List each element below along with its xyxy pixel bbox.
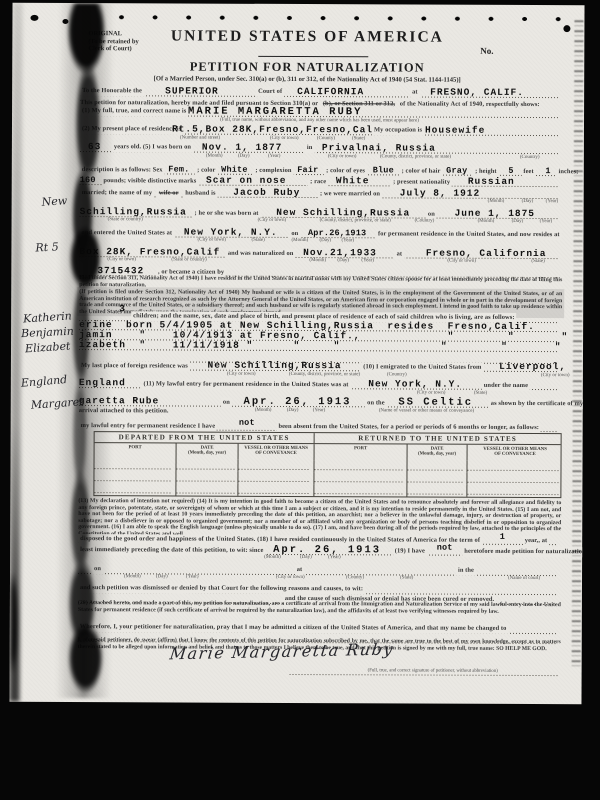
table-cell [314,484,407,496]
marriage-date-value: July 8, 1912 [400,188,480,198]
table-cell [314,472,407,484]
caption-month: (Month) [291,238,308,243]
table-cell [238,484,314,496]
caption-vessel: (Name of vessel or other means of convey… [379,408,474,413]
hair-label: ; color of hair [400,166,443,176]
arrival-date-value: Apr. 26, 1913 [244,397,352,407]
caption-month: (Month) [264,555,281,560]
in-the-label: in the [456,566,476,576]
court-place-value: FRESNO, CALIF. [430,88,524,98]
petition-since-date-value: Apr. 26, 1913 [273,545,381,555]
right-edge-noise [572,20,584,670]
under-name-label: under the name [482,381,530,391]
departed-header: DEPARTED FROM THE UNITED STATES [95,432,315,443]
caption-month: (Month) [206,154,223,159]
caption-city: (City or town) [270,136,299,141]
caption-month: (Month) [478,219,495,224]
section-20-text: (20) Attached hereto, and made a part of… [78,600,561,615]
residence-term-value: 1 [500,532,505,542]
caption-month: (Month) [255,408,272,413]
caption-year: (Year) [361,258,374,263]
spouse-birthdate-value: June 1, 1875 [455,209,535,219]
height-feet-value: 5 [508,166,513,176]
name-line: (1) My full, true, and correct name is M… [80,106,559,118]
hair-value: Gray [446,166,467,176]
certificate-shown-label: as shown by the certificate of my [489,399,585,409]
caption-month: (Month) [124,574,141,579]
height-inches-value: 1 [545,166,550,176]
col-vessel: VESSEL OR OTHER MEANSOF CONVEYANCE [468,445,563,461]
birth-in-label: in [305,143,315,153]
table-cell [238,472,314,484]
col-vessel-line1: VESSEL OR OTHER MEANS [483,447,547,452]
col-date-line2: (Month, day, year) [418,452,456,457]
table-cell [176,471,238,483]
petitioner-signature: Marie Margaretta Ruby [169,639,396,663]
caption-state: (State) [531,259,544,264]
caption-province: (County, district, province, or state) [320,218,391,223]
caption-country: (Country) [520,155,540,160]
caption-county: (County) [317,136,335,141]
caption-number-street: (Number and street) [180,135,220,140]
table-cell [238,460,314,472]
perforation-dots [116,13,571,24]
prior-petition-value: not [437,543,453,553]
spouse-naturalization-place-value: Fresno, California [426,249,547,260]
nationality-value: Russian [468,177,515,187]
petitioner-name-value: MARIE MARGARETTA RUBY [188,107,362,118]
child-row-3-value: izabeth " 11/11/1918 " " " " " " [79,340,562,352]
caption-month: (Month) [488,199,505,204]
since-captions: (Month) (Day) (Year) [78,554,557,562]
description-line-2: 160 pounds; visible distinctive marks Sc… [80,175,559,187]
race-value: White [336,176,370,186]
nationality-label: ; present nationality [391,177,452,187]
residence-value: Rt.5,Box 28K,Fresno,Fresno,Cal. [172,124,380,135]
caption-city: (City or town) [227,372,256,377]
caption-year: (Year) [328,555,341,560]
table-cell [176,459,238,471]
caption-county: (County) [346,575,364,580]
ink-spot [563,25,570,32]
table-cell [176,483,238,495]
court-at-label: at [410,87,420,97]
spouse-name-value: Jacob Ruby [233,188,300,198]
col-port: PORT [315,444,408,460]
caption-day: (Day) [522,199,534,204]
document-subtitle: PETITION FOR NATURALIZATION [162,59,452,75]
caption-state-country: (State or country) [171,257,206,262]
at-label: at [295,565,305,575]
caption-city: (City or town) [197,238,226,243]
eyes-value: Blue [373,165,394,175]
absence-value: not [239,418,255,428]
col-vessel-line2: OF CONVEYANCE [494,452,536,457]
birth-date-value: Nov. 1, 1877 [202,143,282,153]
caption-day: (Day) [156,574,168,579]
court-line: To the Honorable the SUPERIOR Court of C… [80,86,559,98]
age-label: years old. (5) I was born on [112,142,193,152]
caption-name-of-court: (Name of court) [508,576,540,581]
table-cell [407,472,467,484]
caption-city: (City or town) [328,154,357,159]
name-caption-text: (Full, true name, without abbreviation, … [80,117,559,124]
perforation-dot [30,15,38,21]
caption-year: (Year) [341,238,354,243]
caption-day: (Day) [512,219,524,224]
col-vessel: VESSEL OR OTHER MEANSOF CONVEYANCE [239,444,315,460]
complexion-value: Fair [297,165,318,175]
col-date-line1: DATE [201,446,214,451]
marks-label: pounds; visible distinctive marks [101,176,198,186]
caption-state: (State) [400,575,413,580]
document-title: UNITED STATES OF AMERICA [162,27,452,46]
table-cell [314,460,407,472]
spouse-birth-captions: (State or country) (City or town) (Count… [80,217,559,225]
signature-caption: (Full, true, and correct signature of pe… [78,667,557,675]
court-of-label: Court of [256,87,284,97]
spouse-naturalization-date-value: Nov.21,1933 [303,248,377,258]
caption-province: (County, district, province, or state) [289,372,360,377]
act-citation: [Of a Married Person, under Sec. 310(a) … [107,75,507,84]
caption-year: (Year) [268,154,281,159]
col-date-line1: DATE [431,447,444,452]
absence-table: DEPARTED FROM THE UNITED STATES RETURNED… [93,431,561,498]
prior-petition-captions: (Month) (Day) (Year) (City or town) (Cou… [78,574,557,582]
caption-province: (County, district, province, or state) [380,154,451,159]
document-paper: ORIGINAL (To be retained by Clerk of Cou… [9,3,584,704]
feet-label: feet [521,167,535,177]
col-date: DATE(Month, day, year) [408,444,468,460]
child-row: izabeth " 11/11/1918 " " " " " " [79,340,558,352]
vessel-value: SS Celtic [398,397,473,407]
table-cell [407,460,467,472]
col-date: DATE(Month, day, year) [177,443,239,459]
caption-year: (Year) [546,199,559,204]
caption-city: (City or town) [417,391,446,396]
entry-port-value: New York, N.Y. [368,379,462,389]
caption-state: (State) [474,391,487,396]
margin-note: Rt 5 [35,240,59,254]
occupation-value: Housewife [425,126,485,136]
spouse-entry-port-value: New York, N.Y. [184,228,278,238]
residence-line: (2) My present place of residence is Rt.… [80,124,559,136]
caption-month: (Month) [309,258,326,263]
table-row [94,483,560,497]
caption-state: (State) [352,136,365,141]
marriage-captions: (Month) (Day) (Year) [80,197,559,205]
table-cell [467,461,562,473]
caption-day: (Day) [337,258,349,263]
left-edge-shadow [9,3,22,702]
occupation-label: My occupation is [372,125,424,135]
sex-value: Fem. [168,164,189,174]
naturalization-captions: (City or town) (State or country) (Month… [79,257,558,265]
petition-number-label: No. [480,46,493,56]
returned-header: RETURNED TO THE UNITED STATES [315,433,561,444]
table-cell [467,473,562,485]
color-value: White [221,165,248,175]
caption-city: (City or town) [258,218,287,223]
lawful-entry-line: England (11) My lawful entry for permane… [79,378,558,390]
caption-city: (City or town) [276,575,305,580]
absence-line: my lawful entry for permanent residence … [79,420,558,432]
birth-line: 63 years old. (5) I was born on Nov. 1, … [80,142,559,154]
caption-country: (Country) [387,372,407,377]
table-cell [467,485,562,497]
table-cell [407,484,467,496]
marks-value: Scar on nose [206,176,286,186]
spouse-entry-date-value: Apr.26,1913 [308,228,366,238]
caption-day: (Day) [287,408,299,413]
caption-city: (City or town) [541,373,570,378]
signature-caption-text: (Full, true, and correct signature of pe… [368,668,498,674]
caption-year: (Year) [313,408,326,413]
description-line-1: description is as follows: Sex Fem. ; co… [80,164,559,176]
title-divider [258,56,368,57]
year-label: year,, at [523,536,550,546]
caption-city: (City or town) [447,259,476,264]
col-date-line2: (Month, day, year) [188,451,226,456]
scanned-petition-document: ORIGINAL (To be retained by Clerk of Cou… [0,0,600,800]
caption-day: (Day) [300,555,312,560]
caption-year: (Year) [186,575,199,580]
birth-captions: (Month) (Day) (Year) (City or town) (Cou… [80,153,559,161]
court-name-value: SUPERIOR [165,86,219,96]
spouse-entry-captions: (City or town) (State) (Month) (Day) (Ye… [79,237,558,245]
spouse-birthplace-value: New Schilling,Russia [276,208,410,219]
caption-day: (Day) [319,238,331,243]
foreign-residence-value: New Schilling,Russia [208,361,342,372]
court-state-value: CALIFORNIA [297,87,364,97]
col-vessel-line2: OF CONVEYANCE [255,451,297,456]
caption-country: (Country) [415,219,435,224]
race-label: ; race [308,177,328,187]
foreign-residence-line: My last place of foreign residence was N… [79,360,558,372]
scan-smudge-column [55,3,114,698]
caption-year: (Year) [540,219,553,224]
birth-place-value: Privalnai, Russia [322,143,436,153]
caption-state: (State) [251,238,264,243]
on-the-label: on the [365,398,387,408]
emigration-port-value: Liverpool, [499,362,566,372]
caption-day: (Day) [238,154,250,159]
col-vessel-line1: VESSEL OR OTHER MEANS [244,446,308,451]
emigrated-label: (10) I emigrated to the United States fr… [361,362,483,373]
